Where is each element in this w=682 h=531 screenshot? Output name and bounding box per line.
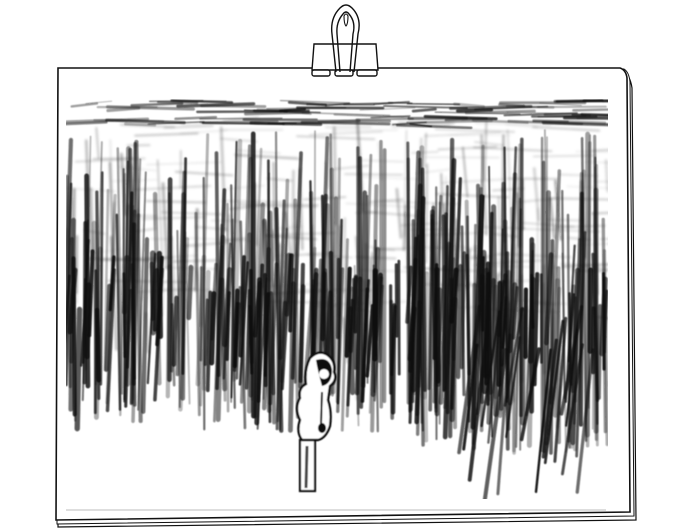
binder-clip-icon [312, 5, 378, 76]
artwork [62, 99, 671, 503]
sketch-canvas [0, 0, 682, 531]
